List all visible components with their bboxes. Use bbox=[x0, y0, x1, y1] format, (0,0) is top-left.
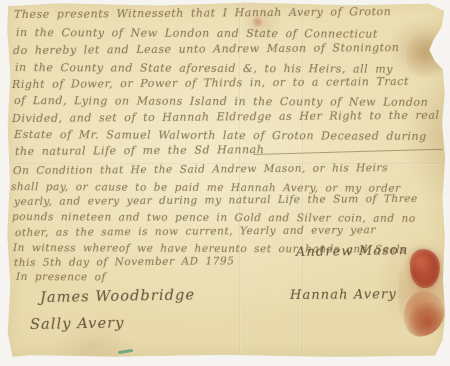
date-line: this 5th day of November AD 1795 bbox=[14, 255, 235, 270]
manuscript-line: Right of Dower, or Power of Thirds in, o… bbox=[12, 75, 409, 91]
manuscript-line: Estate of Mr. Samuel Walworth late of Gr… bbox=[14, 128, 427, 143]
manuscript-line: in the County and State aforesaid &, to … bbox=[15, 61, 393, 76]
manuscript-line: yearly, and every year during my natural… bbox=[14, 193, 418, 209]
paper-stain bbox=[406, 26, 444, 84]
vertical-fold-crease bbox=[239, 4, 241, 354]
signature-andrew-mason: Andrew Mason bbox=[296, 243, 409, 260]
manuscript-line: other, as the same is now current, Yearl… bbox=[15, 224, 376, 240]
manuscript-line: of Land, Lying on Masons Island in the C… bbox=[14, 94, 428, 109]
signature-hannah-avery: Hannah Avery bbox=[290, 287, 397, 303]
signature-james-woodbridge: James Woodbridge bbox=[40, 287, 195, 306]
manuscript-line: Divided, and set of to Hannah Eldredge a… bbox=[12, 109, 440, 125]
attestation-line: In presence of bbox=[16, 271, 106, 284]
manuscript-line: the natural Life of me the Sd Hannah bbox=[15, 143, 264, 158]
manuscript-paper-sheet: These presents Witnesseth that I Hannah … bbox=[6, 2, 446, 358]
signature-sally-avery: Sally Avery bbox=[30, 315, 125, 333]
scanned-document-page: These presents Witnesseth that I Hannah … bbox=[0, 0, 450, 366]
ink-filler-rule bbox=[253, 149, 443, 155]
manuscript-line: On Condition that He the Said Andrew Mas… bbox=[13, 162, 388, 178]
green-ink-mark bbox=[118, 349, 133, 354]
manuscript-line: do hereby let and Lease unto Andrew Maso… bbox=[13, 41, 400, 57]
manuscript-line: in the County of New London and State of… bbox=[16, 26, 378, 41]
manuscript-line: These presents Witnesseth that I Hannah … bbox=[14, 5, 391, 21]
